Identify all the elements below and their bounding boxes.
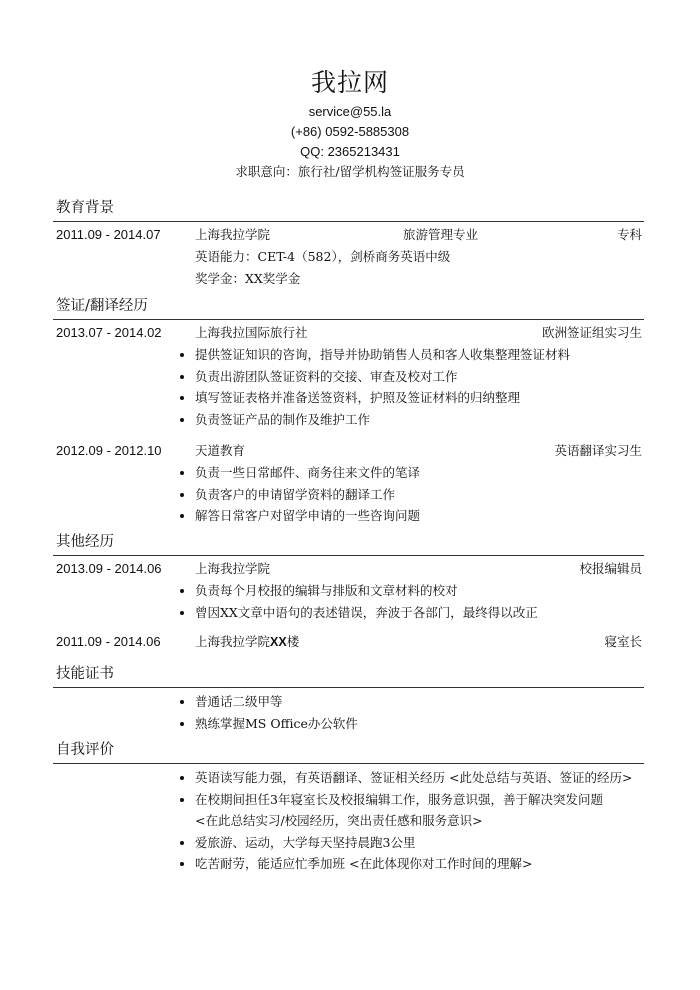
bullet-icon	[180, 418, 184, 422]
bullet-icon	[180, 396, 184, 400]
list-item: 爱旅游、运动，大学每天坚持晨跑3公里	[53, 832, 644, 854]
bullet-list: 负责一些日常邮件、商务往来文件的笔译 负责客户的申请留学资料的翻译工作 解答日常…	[53, 462, 644, 527]
section-title: 技能证书	[53, 664, 644, 684]
list-item-text: 提供签证知识的咨询，指导并协助销售人员和客人收集整理签证材料	[195, 347, 570, 362]
experience-entry: 2012.09 - 2012.10 天道教育 英语翻译实习生 负责一些日常邮件、…	[53, 440, 644, 527]
phone-text: (+86) 0592-5885308	[0, 122, 700, 142]
experience-entry: 2011.09 - 2014.06 上海我拉学院XX楼 寝室长	[53, 631, 644, 653]
section-title: 教育背景	[53, 198, 644, 218]
entry-role: 校报编辑员	[579, 558, 642, 580]
candidate-name: 我拉网	[0, 66, 700, 100]
list-item: 英语读写能力强，有英语翻译、签证相关经历 <此处总结与英语、签证的经历>	[53, 767, 644, 789]
bullet-icon	[180, 862, 184, 866]
list-item-text-continuation: <在此总结实习/校园经历，突出责任感和服务意识>	[195, 813, 483, 828]
list-item-text: 在校期间担任3年寝室长及校报编辑工作，服务意识强，善于解决突发问题	[195, 792, 603, 807]
org-suffix: 楼	[287, 634, 300, 649]
entry-org: 天道教育	[195, 440, 245, 462]
list-item: 普通话二级甲等	[53, 691, 644, 713]
section-divider	[53, 555, 644, 556]
bullet-icon	[180, 471, 184, 475]
bullet-icon	[180, 589, 184, 593]
bullet-list: 提供签证知识的咨询，指导并协助销售人员和客人收集整理签证材料 负责出游团队签证资…	[53, 344, 644, 430]
list-item-text: 吃苦耐劳，能适应忙季加班 <在此体现你对工作时间的理解>	[195, 856, 532, 871]
list-item-text: 负责客户的申请留学资料的翻译工作	[195, 487, 395, 502]
entry-major: 旅游管理专业	[403, 224, 478, 246]
bullet-icon	[180, 611, 184, 615]
bullet-icon	[180, 722, 184, 726]
list-item-text: 负责每个月校报的编辑与排版和文章材料的校对	[195, 583, 458, 598]
entry-org: 上海我拉国际旅行社	[195, 322, 308, 344]
list-item-text: 解答日常客户对留学申请的一些咨询问题	[195, 508, 420, 523]
section-title: 自我评价	[53, 740, 644, 760]
section-divider	[53, 221, 644, 222]
bullet-icon	[180, 798, 184, 802]
section-education: 教育背景 2011.09 - 2014.07 上海我拉学院 旅游管理专业 专科 …	[53, 198, 644, 290]
section-other-experience: 其他经历 2013.09 - 2014.06 上海我拉学院 校报编辑员 负责每个…	[53, 532, 644, 653]
list-item: 负责一些日常邮件、商务往来文件的笔译	[53, 462, 644, 484]
entry-detail: 奖学金：XX奖学金	[53, 268, 644, 290]
list-item-text: 负责一些日常邮件、商务往来文件的笔译	[195, 465, 420, 480]
section-skills: 技能证书 普通话二级甲等 熟练掌握MS Office办公软件	[53, 664, 644, 734]
list-item: 曾因XX文章中语句的表述错误，奔波于各部门，最终得以改正	[53, 602, 644, 624]
entry-date: 2012.09 - 2012.10	[56, 440, 162, 462]
job-objective: 求职意向：旅行社/留学机构签证服务专员	[0, 162, 700, 182]
entry-date: 2011.09 - 2014.07	[56, 224, 161, 246]
bullet-list: 普通话二级甲等 熟练掌握MS Office办公软件	[53, 691, 644, 734]
bullet-icon	[180, 353, 184, 357]
section-divider	[53, 687, 644, 688]
list-item-text: 填写签证表格并准备送签资料，护照及签证材料的归纳整理	[195, 390, 520, 405]
section-self-evaluation: 自我评价 英语读写能力强，有英语翻译、签证相关经历 <此处总结与英语、签证的经历…	[53, 740, 644, 875]
education-entry: 2011.09 - 2014.07 上海我拉学院 旅游管理专业 专科 英语能力：…	[53, 224, 644, 290]
list-item: 负责每个月校报的编辑与排版和文章材料的校对	[53, 580, 644, 602]
bullet-icon	[180, 776, 184, 780]
org-prefix: 上海我拉学院	[195, 634, 270, 649]
bullet-icon	[180, 514, 184, 518]
list-item: 负责出游团队签证资料的交接、审查及校对工作	[53, 366, 644, 388]
section-visa-translation: 签证/翻译经历 2013.07 - 2014.02 上海我拉国际旅行社 欧洲签证…	[53, 296, 644, 527]
org-placeholder: XX	[270, 635, 287, 649]
list-item: 解答日常客户对留学申请的一些咨询问题	[53, 505, 644, 527]
list-item-text: 负责出游团队签证资料的交接、审查及校对工作	[195, 369, 458, 384]
entry-date: 2011.09 - 2014.06	[56, 631, 161, 653]
bullet-icon	[180, 375, 184, 379]
entry-degree: 专科	[617, 224, 642, 246]
list-item: 填写签证表格并准备送签资料，护照及签证材料的归纳整理	[53, 387, 644, 409]
list-item: 负责签证产品的制作及维护工作	[53, 409, 644, 431]
email-text: service@55.la	[0, 102, 700, 122]
entry-role: 寝室长	[604, 631, 642, 653]
list-item: 提供签证知识的咨询，指导并协助销售人员和客人收集整理签证材料	[53, 344, 644, 366]
bullet-list: 负责每个月校报的编辑与排版和文章材料的校对 曾因XX文章中语句的表述错误，奔波于…	[53, 580, 644, 623]
entry-role: 英语翻译实习生	[554, 440, 642, 462]
bullet-list: 英语读写能力强，有英语翻译、签证相关经历 <此处总结与英语、签证的经历> 在校期…	[53, 767, 644, 875]
list-item-text: 普通话二级甲等	[195, 694, 283, 709]
entry-org: 上海我拉学院	[195, 558, 270, 580]
entry-school: 上海我拉学院	[195, 224, 270, 246]
list-item-text: 曾因XX文章中语句的表述错误，奔波于各部门，最终得以改正	[195, 605, 538, 620]
list-item-text: 负责签证产品的制作及维护工作	[195, 412, 370, 427]
resume-header: 我拉网 service@55.la (+86) 0592-5885308 QQ:…	[0, 66, 700, 182]
list-item-text: 熟练掌握MS Office办公软件	[195, 716, 358, 731]
entry-date: 2013.09 - 2014.06	[56, 558, 162, 580]
entry-org: 上海我拉学院XX楼	[195, 631, 299, 653]
list-item-text: 爱旅游、运动，大学每天坚持晨跑3公里	[195, 835, 415, 850]
list-item: 吃苦耐劳，能适应忙季加班 <在此体现你对工作时间的理解>	[53, 853, 644, 875]
section-divider	[53, 763, 644, 764]
list-item: 负责客户的申请留学资料的翻译工作	[53, 484, 644, 506]
bullet-icon	[180, 841, 184, 845]
list-item: 熟练掌握MS Office办公软件	[53, 713, 644, 735]
entry-detail: 英语能力：CET-4（582），剑桥商务英语中级	[53, 246, 644, 268]
section-title: 其他经历	[53, 532, 644, 552]
entry-date: 2013.07 - 2014.02	[56, 322, 162, 344]
bullet-icon	[180, 493, 184, 497]
section-divider	[53, 319, 644, 320]
section-title: 签证/翻译经历	[53, 296, 644, 316]
experience-entry: 2013.09 - 2014.06 上海我拉学院 校报编辑员 负责每个月校报的编…	[53, 558, 644, 623]
qq-text: QQ: 2365213431	[0, 142, 700, 162]
bullet-icon	[180, 700, 184, 704]
experience-entry: 2013.07 - 2014.02 上海我拉国际旅行社 欧洲签证组实习生 提供签…	[53, 322, 644, 430]
entry-role: 欧洲签证组实习生	[542, 322, 642, 344]
list-item-text: 英语读写能力强，有英语翻译、签证相关经历 <此处总结与英语、签证的经历>	[195, 770, 632, 785]
list-item: 在校期间担任3年寝室长及校报编辑工作，服务意识强，善于解决突发问题<在此总结实习…	[53, 789, 644, 832]
